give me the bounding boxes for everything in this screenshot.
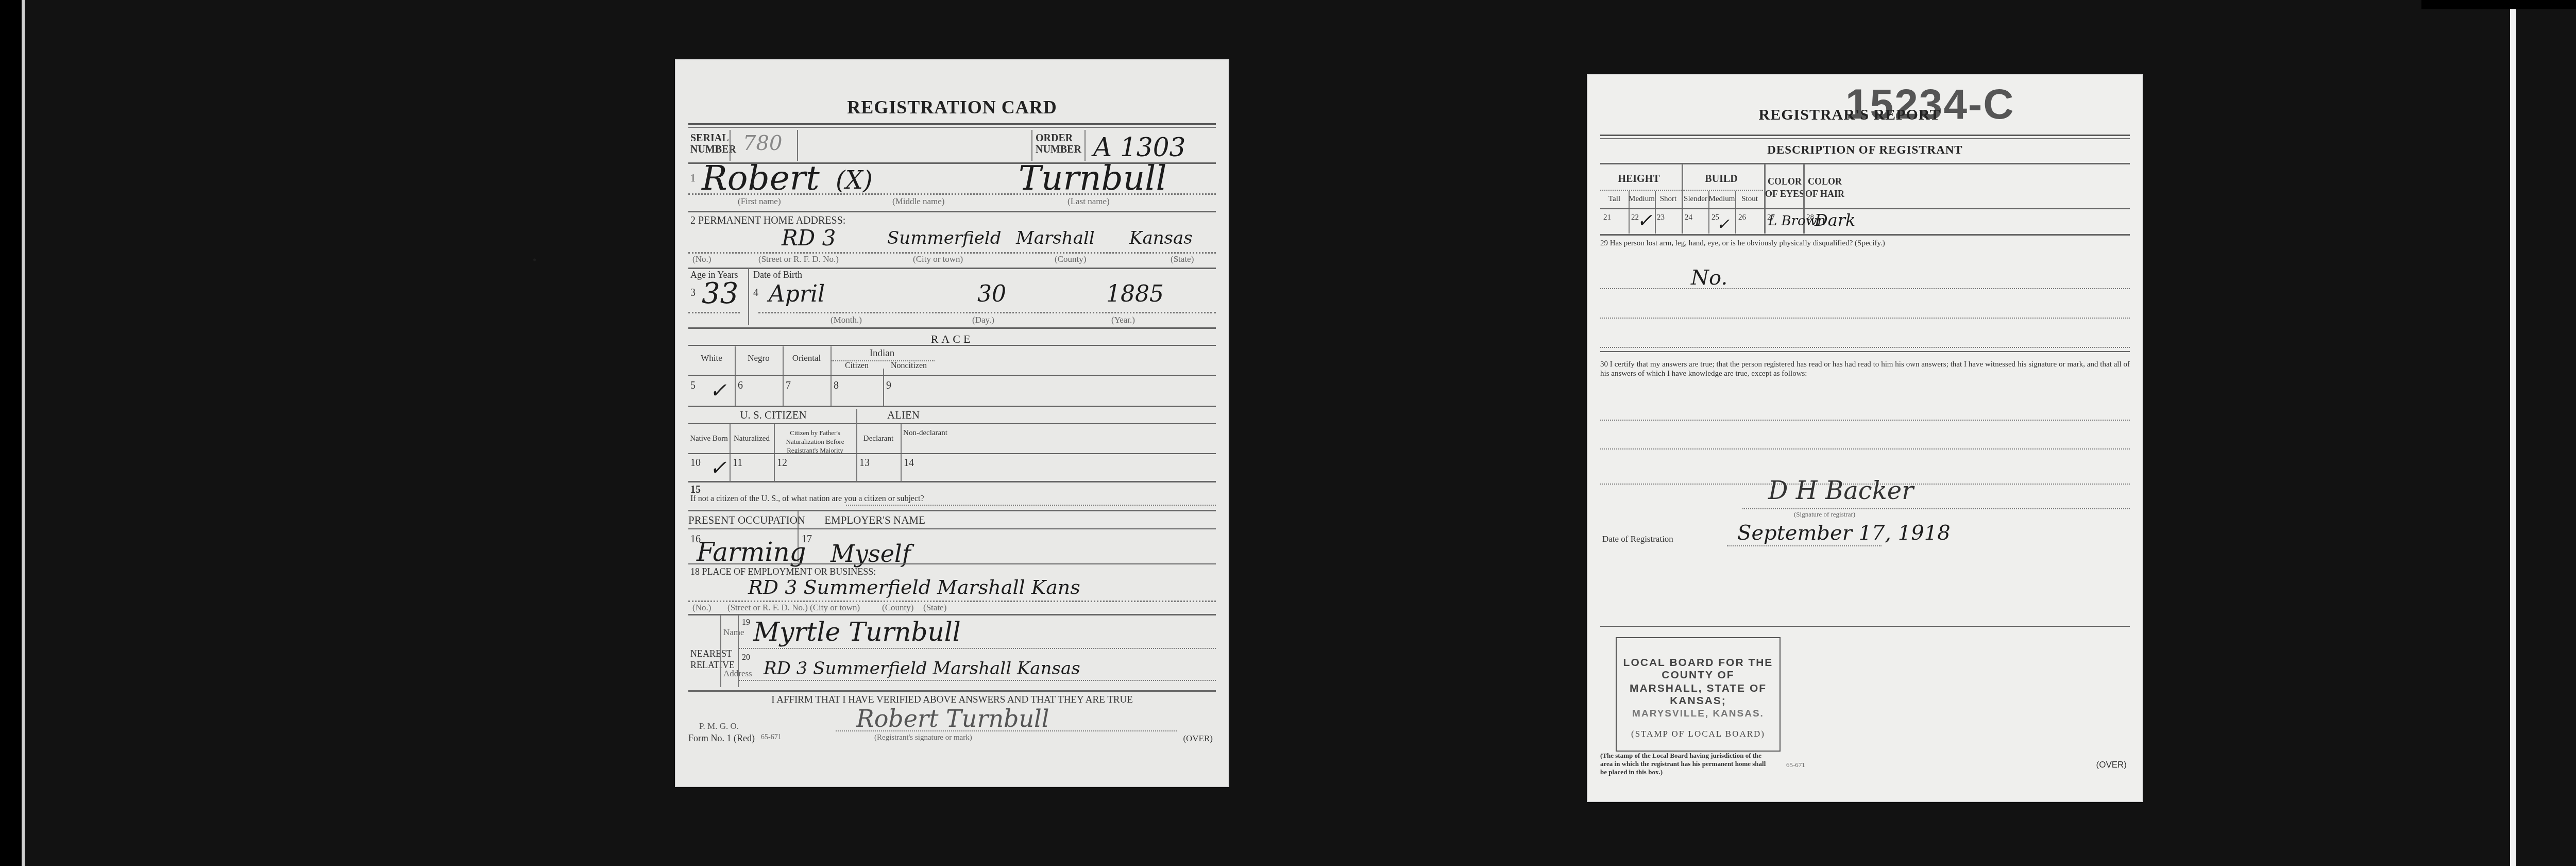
question-number: 5: [690, 380, 696, 392]
registration-card: REGISTRATION CARD SERIAL NUMBER 780 ORDE…: [676, 60, 1228, 786]
registrant-signature: Robert Turnbull: [856, 705, 1049, 732]
first-name: Robert: [702, 158, 820, 198]
question-number: 24: [1685, 213, 1692, 222]
underline: [1742, 508, 2130, 509]
report-title: REGISTRAR'S REPORT: [1557, 106, 2142, 124]
film-top-margin: [2421, 0, 2576, 9]
divider: [1031, 130, 1032, 161]
race-white-checkmark: ✓: [709, 379, 727, 403]
registration-date-value: September 17, 1918: [1737, 521, 1951, 545]
pmgo-label: P. M. G. O.: [699, 721, 739, 731]
middle-name: (X): [836, 166, 873, 195]
microfilm-background: [0, 0, 2576, 866]
race-col-indian-noncitizen: Noncitizen: [883, 361, 935, 371]
divider: [688, 327, 1216, 329]
question-number: 7: [786, 380, 791, 392]
relative-address-value: RD 3 Summerfield Marshall Kansas: [764, 658, 1080, 679]
stamp-line: LOCAL BOARD FOR THE COUNTY OF: [1617, 657, 1780, 681]
underline: [1727, 545, 1882, 546]
stamp-caption: (STAMP OF LOCAL BOARD): [1617, 729, 1780, 739]
question-number: 8: [834, 380, 839, 392]
height-col-tall: Tall: [1600, 195, 1629, 204]
eye-color-label: COLOR OF EYES: [1765, 175, 1804, 200]
local-board-stamp-box: LOCAL BOARD FOR THE COUNTY OF MARSHALL, …: [1616, 637, 1781, 752]
description-heading: DESCRIPTION OF REGISTRANT: [1588, 143, 2142, 157]
divider: [688, 123, 1216, 128]
hair-color-value: Dark: [1815, 210, 1855, 230]
divider: [1084, 130, 1086, 161]
form-number: Form No. 1 (Red): [688, 733, 755, 744]
alien-label: ALIEN: [858, 409, 948, 422]
question-number: 20: [742, 653, 750, 662]
dob-month: April: [769, 281, 825, 307]
caption: (State): [923, 603, 946, 613]
underline: [758, 312, 1216, 313]
divider: [1600, 234, 2130, 236]
divider: [688, 406, 1216, 407]
underline: [1600, 288, 2130, 289]
question-number: 6: [738, 380, 743, 392]
height-medium-checkmark: ✓: [1637, 210, 1652, 231]
question-number: 26: [1738, 213, 1746, 222]
race-label: RACE: [676, 332, 1228, 346]
q29-answer: No.: [1691, 266, 1727, 290]
divider: [688, 614, 1216, 615]
build-col-stout: Stout: [1735, 195, 1764, 204]
question-number: 9: [886, 380, 891, 392]
home-street: RD 3: [782, 225, 836, 251]
stamp-line: MARSHALL, STATE OF KANSAS;: [1617, 682, 1780, 707]
q30-text: 30 I certify that my answers are true; t…: [1600, 360, 2130, 378]
stamp-note: (The stamp of the Local Board having jur…: [1600, 752, 1770, 776]
underline: [846, 505, 1216, 506]
q29-text: 29 Has person lost arm, leg, hand, eye, …: [1600, 238, 2130, 248]
relative-name-label: Name: [723, 627, 744, 638]
caption: (Registrant's signature or mark): [874, 734, 972, 742]
question-number: 19: [742, 618, 750, 627]
question-number: 17: [802, 534, 812, 545]
registrar-report-card: 15234-C REGISTRAR'S REPORT DESCRIPTION O…: [1588, 75, 2142, 801]
caption: (County): [1055, 254, 1086, 264]
registration-date-label: Date of Registration: [1602, 534, 1673, 544]
underline: [688, 193, 1216, 195]
caption: (No.): [692, 603, 711, 613]
question-number: 12: [777, 457, 787, 469]
underline: [688, 252, 1216, 254]
question-number: 1: [690, 173, 696, 185]
divider: [688, 423, 1216, 424]
underline: [688, 312, 740, 313]
underline: [739, 648, 1216, 649]
underline: [1600, 318, 2130, 319]
height-col-short: Short: [1655, 195, 1682, 204]
caption: (State): [1171, 254, 1194, 264]
underline: [1600, 420, 2130, 421]
home-city: Summerfield: [887, 228, 1001, 248]
divider: [797, 130, 798, 161]
registrar-signature: D H Backer: [1768, 476, 1913, 505]
print-code: 65-671: [761, 734, 782, 742]
question-number: 13: [859, 457, 870, 469]
underline: [836, 730, 1177, 731]
home-county: Marshall: [1016, 228, 1095, 248]
caption: (Year.): [1111, 315, 1135, 325]
race-col-indian-citizen: Citizen: [831, 361, 883, 371]
divider: [1600, 351, 2130, 352]
serial-number-value: 780: [743, 131, 782, 155]
employment-address-value: RD 3 Summerfield Marshall Kans: [748, 576, 1080, 598]
alien-col-nondeclarant: Non-declarant: [901, 428, 950, 438]
caption: (No.): [692, 254, 711, 264]
build-medium-checkmark: ✓: [1717, 215, 1730, 234]
divider: [730, 424, 731, 481]
caption: (City or town): [810, 603, 860, 613]
citizen-col-native-born: Native Born: [688, 435, 730, 443]
underline: [688, 601, 1216, 602]
build-label: BUILD: [1683, 173, 1760, 185]
divider: [688, 481, 1216, 482]
q15-label: If not a citizen of the U. S., of what n…: [690, 494, 924, 504]
caption: (County): [882, 603, 913, 613]
stamp-line: MARYSVILLE, KANSAS.: [1617, 708, 1780, 720]
divider: [730, 130, 731, 161]
divider: [688, 268, 1216, 269]
underline: [1600, 347, 2130, 348]
race-col-indian: Indian: [831, 348, 934, 359]
alien-col-declarant: Declarant: [856, 435, 901, 443]
serial-number-label: SERIAL NUMBER: [690, 132, 726, 155]
film-frame-divider: [2510, 9, 2516, 866]
question-number: 21: [1603, 213, 1611, 222]
citizen-col-by-father: Citizen by Father's Naturalization Befor…: [774, 428, 856, 455]
citizen-col-naturalized: Naturalized: [730, 435, 774, 443]
race-col-white: White: [688, 353, 735, 363]
divider: [1600, 208, 2130, 209]
caption: (Middle name): [892, 196, 945, 207]
us-citizen-label: U. S. CITIZEN: [688, 409, 858, 422]
divider: [688, 211, 1216, 212]
caption: (Last name): [1067, 196, 1110, 207]
order-number-label: ORDER NUMBER: [1036, 132, 1072, 155]
height-col-medium: Medium: [1629, 195, 1655, 204]
caption: (City or town): [913, 254, 963, 264]
divider: [1600, 163, 2130, 164]
occupation-label: PRESENT OCCUPATION: [688, 514, 791, 527]
question-number: 3: [690, 287, 696, 299]
last-name: Turnbull: [1019, 158, 1167, 198]
divider: [688, 690, 1216, 692]
caption: (Signature of registrar): [1794, 510, 1855, 519]
divider: [688, 528, 1216, 529]
dob-year: 1885: [1106, 281, 1164, 307]
question-number: 10: [690, 457, 701, 469]
caption: (Street or R. F. D. No.): [758, 254, 839, 264]
divider: [883, 369, 884, 406]
build-col-slender: Slender: [1683, 195, 1708, 204]
build-col-medium: Medium: [1708, 195, 1735, 204]
caption: (Day.): [972, 315, 994, 325]
divider: [856, 409, 857, 481]
relative-name-value: Myrtle Turnbull: [753, 617, 961, 647]
native-born-checkmark: ✓: [709, 456, 727, 480]
employer-label: EMPLOYER'S NAME: [798, 514, 952, 527]
race-col-negro: Negro: [735, 353, 783, 363]
age-value: 33: [702, 277, 738, 310]
caption: (Street or R. F. D. No.): [727, 603, 808, 613]
home-state: Kansas: [1129, 228, 1193, 248]
underline: [1600, 448, 2130, 449]
divider: [688, 453, 1216, 454]
divider: [720, 615, 721, 687]
divider: [688, 375, 1216, 376]
occupation-value: Farming: [697, 537, 806, 567]
dob-day: 30: [977, 281, 1006, 307]
over-label: (OVER): [1183, 734, 1213, 744]
card-title: REGISTRATION CARD: [676, 96, 1228, 118]
divider: [738, 615, 739, 687]
caption: (First name): [738, 196, 781, 207]
question-number: 4: [753, 287, 758, 299]
affirmation-text: I AFFIRM THAT I HAVE VERIFIED ABOVE ANSW…: [676, 694, 1228, 706]
film-edge-line: [22, 0, 25, 866]
caption: (Month.): [831, 315, 862, 325]
divider: [688, 510, 1216, 511]
question-number: 11: [733, 457, 742, 469]
divider: [1600, 626, 2130, 627]
underline: [1683, 190, 1763, 191]
underline: [1600, 190, 1682, 191]
over-label: (OVER): [2096, 760, 2127, 770]
race-col-oriental: Oriental: [783, 353, 831, 363]
height-label: HEIGHT: [1600, 173, 1677, 185]
question-number: 14: [904, 457, 914, 469]
divider: [688, 345, 1216, 346]
question-number: 23: [1657, 213, 1665, 222]
divider: [748, 269, 749, 325]
divider: [688, 563, 1216, 564]
film-left-margin: [0, 0, 22, 866]
underline: [739, 680, 1216, 681]
print-code: 65-671: [1786, 761, 1805, 769]
dob-label: Date of Birth: [753, 270, 802, 280]
divider: [1600, 135, 2130, 139]
hair-color-label: COLOR OF HAIR: [1804, 175, 1845, 200]
